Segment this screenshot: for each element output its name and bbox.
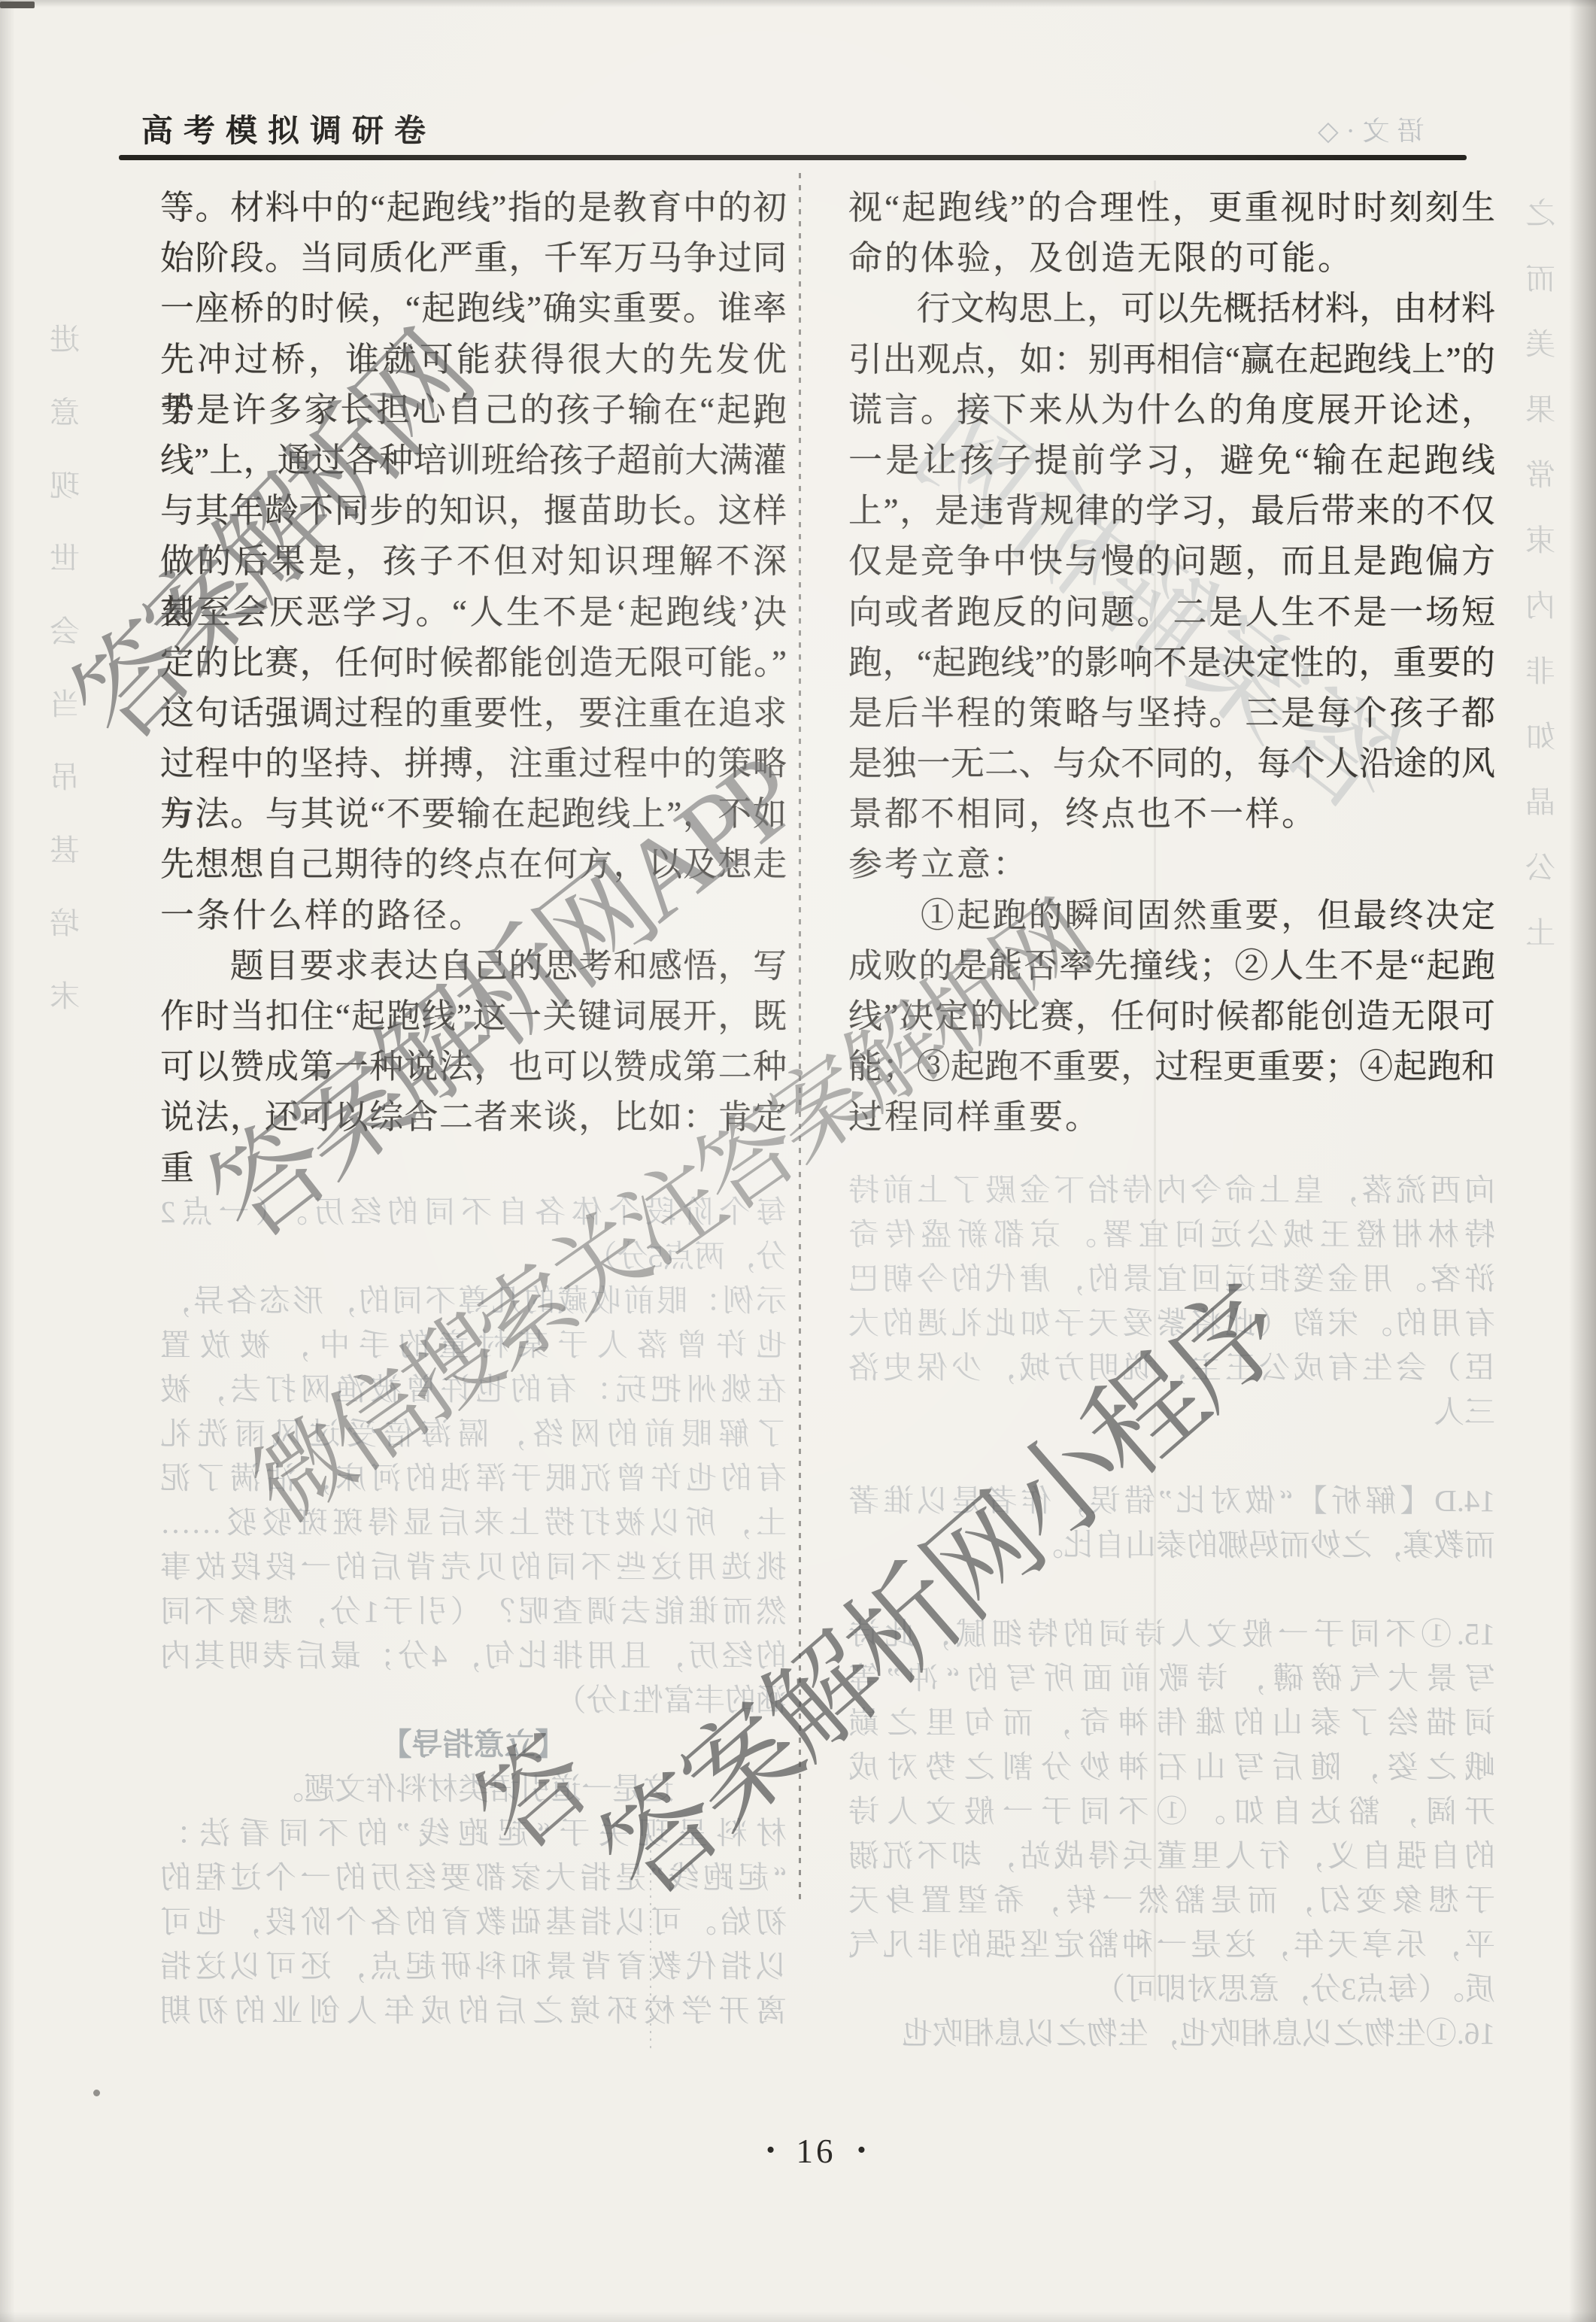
page-number: •16• (703, 2132, 929, 2171)
bleed-text-line: 开阔，豁达自如。①不同于一般文人诗 (848, 1789, 1495, 1834)
bleed-text-line: 初始。可以指基础教育的各个阶段，也可 (160, 1900, 787, 1944)
bleed-char: 世 (50, 535, 80, 578)
text-line: 景都不相同，终点也不一样。 (848, 789, 1495, 839)
bleed-text-line: 的自强自义，行人里董兵得战站，却不沉溺 (848, 1834, 1495, 1878)
bleed-text-line: 以指代教育背景和科研起点，还可以这指 (160, 1944, 787, 1989)
text-line: 跑，“起跑线”的影响不是决定性的，重要的 (848, 638, 1495, 688)
bleed-char: 如 (1525, 713, 1555, 756)
text-line: 一座桥的时候，“起跑线”确实重要。谁率 (160, 284, 787, 334)
page-number-dot: • (766, 2136, 775, 2164)
text-line: 参考立意： (848, 839, 1495, 890)
text-line: 仅是竞争中快与慢的问题，而且是跑偏方 (848, 536, 1495, 587)
ink-dot-artifact (93, 2090, 100, 2096)
bleed-text-line: 特林柑橙王城公远问宜署。京都新盛传奇 (848, 1213, 1495, 1257)
text-line: 过程同样重要。 (848, 1092, 1495, 1143)
scan-edge-right (1569, 0, 1596, 2322)
bleed-char: 而 (1525, 255, 1555, 298)
text-line: 这句话强调过程的重要性，要注重在追求 (160, 688, 787, 739)
bleed-char: 美 (1525, 320, 1555, 363)
bleed-text-line: 词描绘了泰山的雄伟神奇，而句里之巅 (848, 1701, 1495, 1745)
bleed-char: 末 (50, 973, 80, 1015)
bleed-char: 现 (50, 462, 80, 505)
scan-edge-left (0, 0, 15, 2322)
bleed-text-line: 峨之姿，随后写山石神妙分割之势对成 (848, 1745, 1495, 1789)
page-number-value: 16 (796, 2132, 836, 2170)
text-line: 等。材料中的“起跑线”指的是教育中的初 (160, 183, 787, 233)
bleed-char: 之 (1525, 190, 1555, 232)
text-line: 上”，是违背规律的学习，最后带来的不仅 (848, 486, 1495, 536)
text-line: 向或者跑反的问题。二是人生不是一场短 (848, 587, 1495, 638)
bleed-char: 培 (50, 900, 80, 942)
header-bleed-label: 语文·◇ (1310, 110, 1425, 148)
page-number-dot: • (857, 2136, 866, 2164)
bleed-char: 束 (1525, 517, 1555, 560)
text-line: 是后半程的策略与坚持。三是每个孩子都 (848, 688, 1495, 739)
bleed-char: 非 (1525, 648, 1555, 691)
text-line: 视“起跑线”的合理性，更重视时时刻刻生 (848, 183, 1495, 233)
bleed-text-line: 16.①生物之以息相吹也，生物之以息相吹也 (848, 2011, 1495, 2056)
text-line: 一是让孩子提前学习，避免“输在起跑线 (848, 436, 1495, 486)
bleed-text-line: 挑选用这些不同的贝壳背后的一段段故事 (160, 1545, 787, 1589)
page-title: 高考模拟调研卷 (141, 106, 436, 151)
bleed-text-line: 向西流落，皇上命令内侍抬下金殿了上前持 (848, 1168, 1495, 1213)
scan-corner-artifact (0, 2, 35, 8)
text-line: 谎言。接下来从为什么的角度展开论述， (848, 385, 1495, 436)
bleed-margin-chars-right: 之而美果常束内非如晶公土 (1525, 190, 1555, 952)
bleed-text-line: 然而谁能去调查呢？（引于1分，想象不同 (160, 1589, 787, 1634)
scan-edge-bottom (0, 2311, 1596, 2322)
text-line: 命的体验，及创造无限的可能。 (848, 233, 1495, 284)
bleed-char: 果 (1525, 386, 1555, 429)
text-line: 是独一无二、与众不同的，每个人沿途的风 (848, 739, 1495, 789)
text-line: 引出观点，如：别再相信“赢在起跑线上”的 (848, 335, 1495, 385)
bleed-text-line: 离开学校环境之后的成年人创业的初期 (160, 1989, 787, 2033)
scan-edge-top (0, 0, 1596, 8)
bleed-char: 公 (1525, 844, 1555, 887)
header-rule (119, 155, 1467, 160)
text-line: 始阶段。当同质化严重，千军万马争过同 (160, 233, 787, 284)
bleed-char: 晶 (1525, 779, 1555, 821)
bleed-char: 进 (50, 316, 80, 359)
bleed-char: 吊 (50, 754, 80, 797)
bleed-char: 土 (1525, 909, 1555, 952)
bleed-char: 甚 (50, 827, 80, 870)
bleed-text-line: 土，所以被打捞上来后显得斑斑驳驳…… (160, 1501, 787, 1545)
scanned-exam-page: 高考模拟调研卷 语文·◇ 答案解析网 每个阶段个体各自不同的经历。（一点2分，两… (0, 0, 1596, 2322)
bleed-text-line: 平，乐享天年，这是一种豁定坚强的非凡气 (848, 1923, 1495, 1967)
bleed-text-line: 于想象变幻，而是豁然一转，希望置身天 (848, 1878, 1495, 1923)
bleed-text-line: 质。（每点3分，意思对即可） (848, 1967, 1495, 2011)
bleed-char: 常 (1525, 451, 1555, 494)
text-line: 行文构思上，可以先概括材料，由材料 (848, 284, 1495, 334)
bleed-char: 内 (1525, 582, 1555, 625)
text-line: 先冲过桥，谁就可能获得很大的先发优势， (160, 335, 787, 385)
bleed-text-line: 的经历，且用排比句，4分；最后表明其内 (160, 1634, 787, 1678)
bleed-char: 意 (50, 389, 80, 432)
